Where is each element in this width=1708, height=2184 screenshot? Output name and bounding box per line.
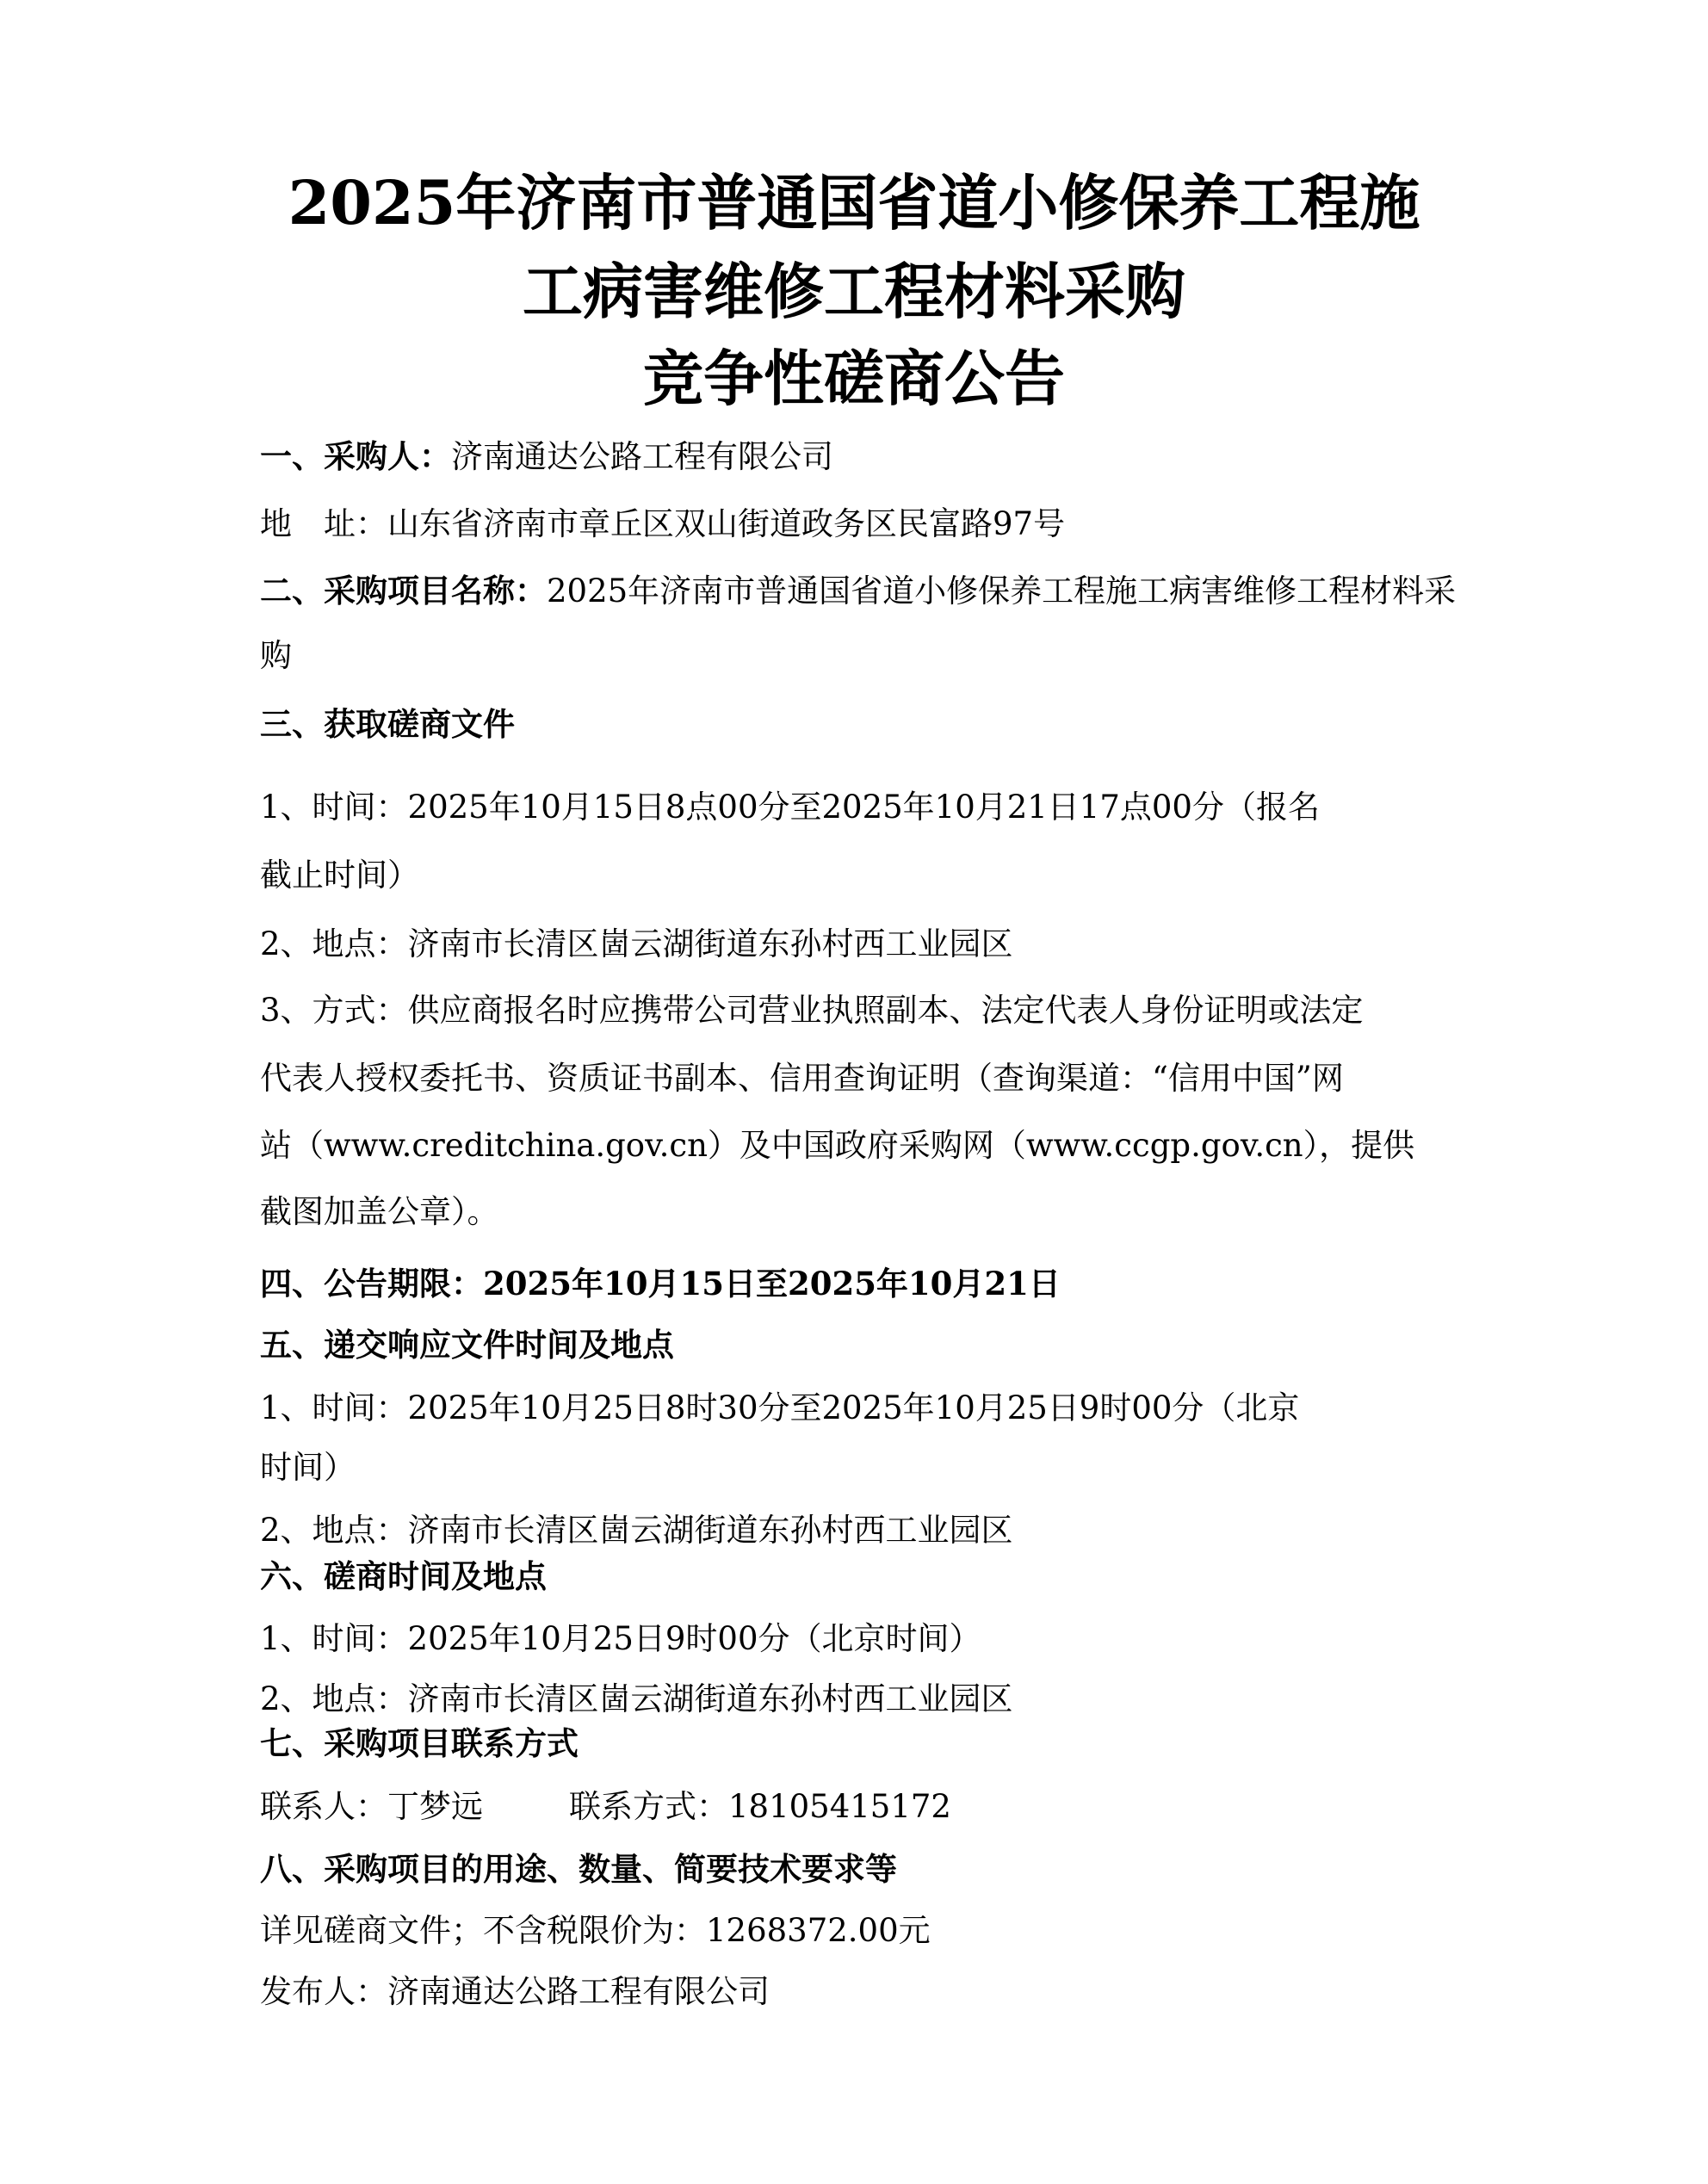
obtain-docs-heading: 三、获取磋商文件 — [260, 703, 515, 745]
publisher-label: 发布人： — [260, 1973, 387, 2010]
obtain-time-line-2: 截止时间） — [260, 855, 419, 896]
obtain-place: 2、地点：济南市长清区崮云湖街道东孙村西工业园区 — [260, 924, 1013, 965]
notice-period: 四、公告期限：2025年10月15日至2025年10月21日 — [260, 1263, 1061, 1304]
contact-person: 丁梦远 — [387, 1788, 483, 1825]
project-name-value: 2025年济南市普通国省道小修保养工程施工病害维修工程材料采 — [547, 572, 1456, 609]
submission-place: 2、地点：济南市长清区崮云湖街道东孙村西工业园区 — [260, 1510, 1013, 1551]
purchaser-row: 一、采购人：济南通达公路工程有限公司 — [260, 436, 833, 478]
project-name-label: 二、采购项目名称： — [260, 572, 547, 609]
obtain-time-line-1: 1、时间：2025年10月15日8点00分至2025年10月21日17点00分（… — [260, 787, 1320, 828]
project-name-cont: 购 — [260, 635, 292, 677]
negotiation-time: 1、时间：2025年10月25日9时00分（北京时间） — [260, 1618, 981, 1660]
title-line-1: 2025年济南市普通国省道小修保养工程施 — [0, 169, 1708, 238]
negotiation-heading: 六、磋商时间及地点 — [260, 1556, 547, 1597]
obtain-method-line-3: 站（www.creditchina.gov.cn）及中国政府采购网（www.cc… — [260, 1125, 1414, 1166]
purchaser-value: 济南通达公路工程有限公司 — [451, 438, 833, 475]
obtain-method-line-1: 3、方式：供应商报名时应携带公司营业执照副本、法定代表人身份证明或法定 — [260, 990, 1364, 1031]
purchaser-label: 一、采购人： — [260, 437, 451, 475]
address-row: 地 址：山东省济南市章丘区双山街道政务区民富路97号 — [260, 504, 1065, 545]
obtain-method-line-2: 代表人授权委托书、资质证书副本、信用查询证明（查询渠道：“信用中国”网 — [260, 1058, 1344, 1099]
title-line-2: 工病害维修工程材料采购 — [0, 257, 1708, 326]
address-value: 山东省济南市章丘区双山街道政务区民富路97号 — [387, 505, 1065, 542]
contact-heading: 七、采购项目联系方式 — [260, 1723, 579, 1764]
negotiation-place: 2、地点：济南市长清区崮云湖街道东孙村西工业园区 — [260, 1679, 1013, 1720]
project-name-row: 二、采购项目名称：2025年济南市普通国省道小修保养工程施工病害维修工程材料采 — [260, 570, 1456, 612]
requirements-detail: 详见磋商文件；不含税限价为：1268372.00元 — [260, 1910, 931, 1952]
submission-time-line-2: 时间） — [260, 1447, 356, 1488]
obtain-method-line-4: 截图加盖公章）。 — [260, 1191, 499, 1233]
contact-row: 联系人：丁梦远联系方式：18105415172 — [260, 1786, 951, 1828]
address-label: 地 址： — [260, 505, 387, 542]
publisher-row: 发布人：济南通达公路工程有限公司 — [260, 1971, 770, 2013]
submission-heading: 五、递交响应文件时间及地点 — [260, 1324, 674, 1365]
submission-time-line-1: 1、时间：2025年10月25日8时30分至2025年10月25日9时00分（北… — [260, 1388, 1299, 1429]
contact-phone-label: 联系方式： — [569, 1788, 728, 1825]
publisher-value: 济南通达公路工程有限公司 — [387, 1973, 770, 2010]
contact-phone: 18105415172 — [728, 1788, 951, 1825]
requirements-heading: 八、采购项目的用途、数量、简要技术要求等 — [260, 1848, 897, 1890]
contact-person-label: 联系人： — [260, 1788, 387, 1825]
title-line-3: 竞争性磋商公告 — [0, 344, 1708, 413]
